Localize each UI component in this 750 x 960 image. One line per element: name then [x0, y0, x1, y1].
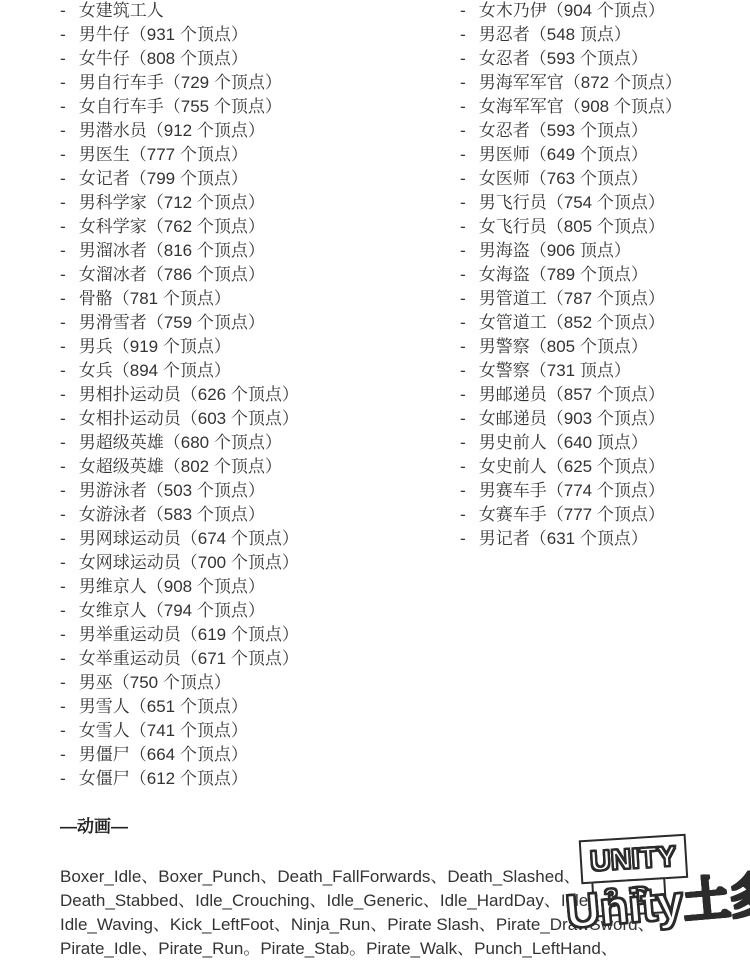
- bullet-dash: -: [60, 47, 69, 71]
- model-name-and-vertices: 女管道工（852 个顶点）: [479, 313, 665, 332]
- bullet-dash: -: [60, 71, 69, 95]
- bullet-dash: -: [460, 23, 469, 47]
- model-list-item: - 男忍者（548 顶点）: [460, 23, 682, 47]
- model-name-and-vertices: 女相扑运动员（603 个顶点）: [79, 409, 299, 428]
- model-name-and-vertices: 男医师（649 个顶点）: [479, 145, 648, 164]
- bullet-dash: -: [60, 311, 69, 335]
- bullet-dash: -: [460, 311, 469, 335]
- model-list-item: - 男兵（919 个顶点）: [60, 335, 299, 359]
- model-list-item: - 男医师（649 个顶点）: [460, 143, 682, 167]
- model-name-and-vertices: 女飞行员（805 个顶点）: [479, 217, 665, 236]
- model-list-item: - 女木乃伊（904 个顶点）: [460, 0, 682, 23]
- bullet-dash: -: [60, 143, 69, 167]
- model-name-and-vertices: 男记者（631 个顶点）: [479, 529, 648, 548]
- bullet-dash: -: [60, 719, 69, 743]
- bullet-dash: -: [60, 431, 69, 455]
- model-name-and-vertices: 男警察（805 个顶点）: [479, 337, 648, 356]
- bullet-dash: -: [460, 359, 469, 383]
- model-list-item: - 男管道工（787 个顶点）: [460, 287, 682, 311]
- model-list-item: - 女建筑工人: [60, 0, 299, 23]
- model-list-left-column: - 女建筑工人 - 男牛仔（931 个顶点） - 女牛仔（808 个顶点） - …: [60, 0, 299, 791]
- bullet-dash: -: [460, 383, 469, 407]
- bullet-dash: -: [60, 23, 69, 47]
- model-list-item: - 男科学家（712 个顶点）: [60, 191, 299, 215]
- model-name-and-vertices: 女自行车手（755 个顶点）: [79, 97, 282, 116]
- bullet-dash: -: [60, 551, 69, 575]
- model-name-and-vertices: 男溜冰者（816 个顶点）: [79, 241, 265, 260]
- model-name-and-vertices: 男网球运动员（674 个顶点）: [79, 529, 299, 548]
- model-list-item: - 女超级英雄（802 个顶点）: [60, 455, 299, 479]
- model-list-item: - 男飞行员（754 个顶点）: [460, 191, 682, 215]
- model-name-and-vertices: 男超级英雄（680 个顶点）: [79, 433, 282, 452]
- bullet-dash: -: [460, 263, 469, 287]
- bullet-dash: -: [460, 191, 469, 215]
- model-list-item: - 女科学家（762 个顶点）: [60, 215, 299, 239]
- model-name-and-vertices: 女赛车手（777 个顶点）: [479, 505, 665, 524]
- model-name-and-vertices: 骨骼（781 个顶点）: [79, 289, 231, 308]
- model-list-item: - 女兵（894 个顶点）: [60, 359, 299, 383]
- model-name-and-vertices: 女科学家（762 个顶点）: [79, 217, 265, 236]
- model-name-and-vertices: 女雪人（741 个顶点）: [79, 721, 248, 740]
- bullet-dash: -: [60, 455, 69, 479]
- bullet-dash: -: [60, 743, 69, 767]
- model-name-and-vertices: 女溜冰者（786 个顶点）: [79, 265, 265, 284]
- model-name-and-vertices: 男潜水员（912 个顶点）: [79, 121, 265, 140]
- bullet-dash: -: [60, 215, 69, 239]
- model-name-and-vertices: 男滑雪者（759 个顶点）: [79, 313, 265, 332]
- bullet-dash: -: [60, 335, 69, 359]
- model-name-and-vertices: 男牛仔（931 个顶点）: [79, 25, 248, 44]
- bullet-dash: -: [60, 359, 69, 383]
- model-name-and-vertices: 女邮递员（903 个顶点）: [479, 409, 665, 428]
- bullet-dash: -: [460, 455, 469, 479]
- bullet-dash: -: [60, 695, 69, 719]
- model-name-and-vertices: 男邮递员（857 个顶点）: [479, 385, 665, 404]
- bullet-dash: -: [460, 143, 469, 167]
- model-list-item: - 男雪人（651 个顶点）: [60, 695, 299, 719]
- bullet-dash: -: [460, 167, 469, 191]
- model-list-item: - 女维京人（794 个顶点）: [60, 599, 299, 623]
- bullet-dash: -: [60, 95, 69, 119]
- model-list-item: - 女医师（763 个顶点）: [460, 167, 682, 191]
- model-list-item: - 男维京人（908 个顶点）: [60, 575, 299, 599]
- model-list-item: - 女忍者（593 个顶点）: [460, 47, 682, 71]
- model-name-and-vertices: 女超级英雄（802 个顶点）: [79, 457, 282, 476]
- bullet-dash: -: [60, 0, 69, 23]
- model-name-and-vertices: 女海盗（789 个顶点）: [479, 265, 648, 284]
- model-name-and-vertices: 女兵（894 个顶点）: [79, 361, 231, 380]
- bullet-dash: -: [460, 431, 469, 455]
- model-list-item: - 女相扑运动员（603 个顶点）: [60, 407, 299, 431]
- bullet-dash: -: [60, 287, 69, 311]
- bullet-dash: -: [460, 527, 469, 551]
- model-name-and-vertices: 女游泳者（583 个顶点）: [79, 505, 265, 524]
- bullet-dash: -: [60, 263, 69, 287]
- model-name-and-vertices: 女忍者（593 个顶点）: [479, 121, 648, 140]
- model-list-item: - 女邮递员（903 个顶点）: [460, 407, 682, 431]
- bullet-dash: -: [60, 575, 69, 599]
- model-list-item: - 女史前人（625 个顶点）: [460, 455, 682, 479]
- model-name-and-vertices: 男游泳者（503 个顶点）: [79, 481, 265, 500]
- bullet-dash: -: [60, 767, 69, 791]
- model-list-item: - 女牛仔（808 个顶点）: [60, 47, 299, 71]
- bullet-dash: -: [460, 503, 469, 527]
- bullet-dash: -: [460, 47, 469, 71]
- bullet-dash: -: [460, 95, 469, 119]
- model-name-and-vertices: 女僵尸（612 个顶点）: [79, 769, 248, 788]
- model-list-item: - 男海盗（906 顶点）: [460, 239, 682, 263]
- model-name-and-vertices: 男科学家（712 个顶点）: [79, 193, 265, 212]
- bullet-dash: -: [460, 407, 469, 431]
- model-list-item: - 男举重运动员（619 个顶点）: [60, 623, 299, 647]
- model-name-and-vertices: 男举重运动员（619 个顶点）: [79, 625, 299, 644]
- model-name-and-vertices: 男医生（777 个顶点）: [79, 145, 248, 164]
- model-name-and-vertices: 女医师（763 个顶点）: [479, 169, 648, 188]
- model-list-item: - 女海盗（789 个顶点）: [460, 263, 682, 287]
- model-list-item: - 女溜冰者（786 个顶点）: [60, 263, 299, 287]
- bullet-dash: -: [60, 671, 69, 695]
- model-list-item: - 女雪人（741 个顶点）: [60, 719, 299, 743]
- bullet-dash: -: [60, 479, 69, 503]
- model-name-and-vertices: 男维京人（908 个顶点）: [79, 577, 265, 596]
- bullet-dash: -: [60, 407, 69, 431]
- model-name-and-vertices: 男忍者（548 顶点）: [479, 25, 631, 44]
- model-list-item: - 男网球运动员（674 个顶点）: [60, 527, 299, 551]
- model-name-and-vertices: 男自行车手（729 个顶点）: [79, 73, 282, 92]
- model-list-item: - 女网球运动员（700 个顶点）: [60, 551, 299, 575]
- model-name-and-vertices: 女记者（799 个顶点）: [79, 169, 248, 188]
- model-name-and-vertices: 女牛仔（808 个顶点）: [79, 49, 248, 68]
- model-name-and-vertices: 男雪人（651 个顶点）: [79, 697, 248, 716]
- model-name-and-vertices: 男相扑运动员（626 个顶点）: [79, 385, 299, 404]
- model-name-and-vertices: 女维京人（794 个顶点）: [79, 601, 265, 620]
- model-list-item: - 男牛仔（931 个顶点）: [60, 23, 299, 47]
- model-list-item: - 男史前人（640 顶点）: [460, 431, 682, 455]
- model-name-and-vertices: 男管道工（787 个顶点）: [479, 289, 665, 308]
- unity3d-logo-text-unity: UNITY: [589, 840, 677, 877]
- model-list-item: - 男超级英雄（680 个顶点）: [60, 431, 299, 455]
- model-list-item: - 男自行车手（729 个顶点）: [60, 71, 299, 95]
- model-name-and-vertices: 女木乃伊（904 个顶点）: [479, 1, 665, 20]
- bullet-dash: -: [460, 479, 469, 503]
- model-list-item: - 女举重运动员（671 个顶点）: [60, 647, 299, 671]
- model-name-and-vertices: 女网球运动员（700 个顶点）: [79, 553, 299, 572]
- animations-line: Pirate_Idle、Pirate_Run。Pirate_Stab。Pirat…: [60, 937, 669, 960]
- model-name-and-vertices: 女史前人（625 个顶点）: [479, 457, 665, 476]
- bullet-dash: -: [60, 191, 69, 215]
- bullet-dash: -: [460, 0, 469, 23]
- model-name-and-vertices: 男赛车手（774 个顶点）: [479, 481, 665, 500]
- page: - 女建筑工人 - 男牛仔（931 个顶点） - 女牛仔（808 个顶点） - …: [0, 0, 750, 960]
- model-list-item: - 男海军军官（872 个顶点）: [460, 71, 682, 95]
- model-list-item: - 女海军军官（908 个顶点）: [460, 95, 682, 119]
- model-name-and-vertices: 女举重运动员（671 个顶点）: [79, 649, 299, 668]
- bullet-dash: -: [60, 623, 69, 647]
- model-name-and-vertices: 女警察（731 顶点）: [479, 361, 631, 380]
- model-list-item: - 骨骼（781 个顶点）: [60, 287, 299, 311]
- model-list-item: - 女忍者（593 个顶点）: [460, 119, 682, 143]
- animations-heading: —动画—: [60, 815, 128, 839]
- model-name-and-vertices: 女建筑工人: [79, 1, 164, 20]
- bullet-dash: -: [60, 647, 69, 671]
- bullet-dash: -: [60, 599, 69, 623]
- model-list-item: - 女记者（799 个顶点）: [60, 167, 299, 191]
- model-list-item: - 男医生（777 个顶点）: [60, 143, 299, 167]
- bullet-dash: -: [60, 119, 69, 143]
- model-list-item: - 男滑雪者（759 个顶点）: [60, 311, 299, 335]
- bullet-dash: -: [60, 167, 69, 191]
- model-list-item: - 女飞行员（805 个顶点）: [460, 215, 682, 239]
- bullet-dash: -: [460, 335, 469, 359]
- model-list-item: - 男记者（631 个顶点）: [460, 527, 682, 551]
- model-name-and-vertices: 女海军军官（908 个顶点）: [479, 97, 682, 116]
- model-list-item: - 女僵尸（612 个顶点）: [60, 767, 299, 791]
- bullet-dash: -: [460, 71, 469, 95]
- model-list-item: - 男游泳者（503 个顶点）: [60, 479, 299, 503]
- model-name-and-vertices: 男飞行员（754 个顶点）: [479, 193, 665, 212]
- model-name-and-vertices: 男海军军官（872 个顶点）: [479, 73, 682, 92]
- model-list-item: - 男溜冰者（816 个顶点）: [60, 239, 299, 263]
- bullet-dash: -: [60, 527, 69, 551]
- model-list-item: - 男巫（750 个顶点）: [60, 671, 299, 695]
- bullet-dash: -: [60, 383, 69, 407]
- model-list-item: - 男僵尸（664 个顶点）: [60, 743, 299, 767]
- model-name-and-vertices: 男史前人（640 顶点）: [479, 433, 648, 452]
- model-list-item: - 男警察（805 个顶点）: [460, 335, 682, 359]
- bullet-dash: -: [60, 503, 69, 527]
- bullet-dash: -: [460, 119, 469, 143]
- model-list-item: - 女管道工（852 个顶点）: [460, 311, 682, 335]
- model-list-item: - 男赛车手（774 个顶点）: [460, 479, 682, 503]
- model-list-item: - 女警察（731 顶点）: [460, 359, 682, 383]
- model-name-and-vertices: 男兵（919 个顶点）: [79, 337, 231, 356]
- model-name-and-vertices: 女忍者（593 个顶点）: [479, 49, 648, 68]
- model-list-item: - 女游泳者（583 个顶点）: [60, 503, 299, 527]
- model-list-item: - 男相扑运动员（626 个顶点）: [60, 383, 299, 407]
- bullet-dash: -: [60, 239, 69, 263]
- model-name-and-vertices: 男海盗（906 顶点）: [479, 241, 631, 260]
- bullet-dash: -: [460, 287, 469, 311]
- bullet-dash: -: [460, 215, 469, 239]
- model-list-item: - 女赛车手（777 个顶点）: [460, 503, 682, 527]
- model-list-item: - 男潜水员（912 个顶点）: [60, 119, 299, 143]
- model-list-item: - 女自行车手（755 个顶点）: [60, 95, 299, 119]
- model-name-and-vertices: 男巫（750 个顶点）: [79, 673, 231, 692]
- model-list-right-column: - 女木乃伊（904 个顶点） - 男忍者（548 顶点） - 女忍者（593 …: [460, 0, 682, 551]
- bullet-dash: -: [460, 239, 469, 263]
- model-name-and-vertices: 男僵尸（664 个顶点）: [79, 745, 248, 764]
- model-list-item: - 男邮递员（857 个顶点）: [460, 383, 682, 407]
